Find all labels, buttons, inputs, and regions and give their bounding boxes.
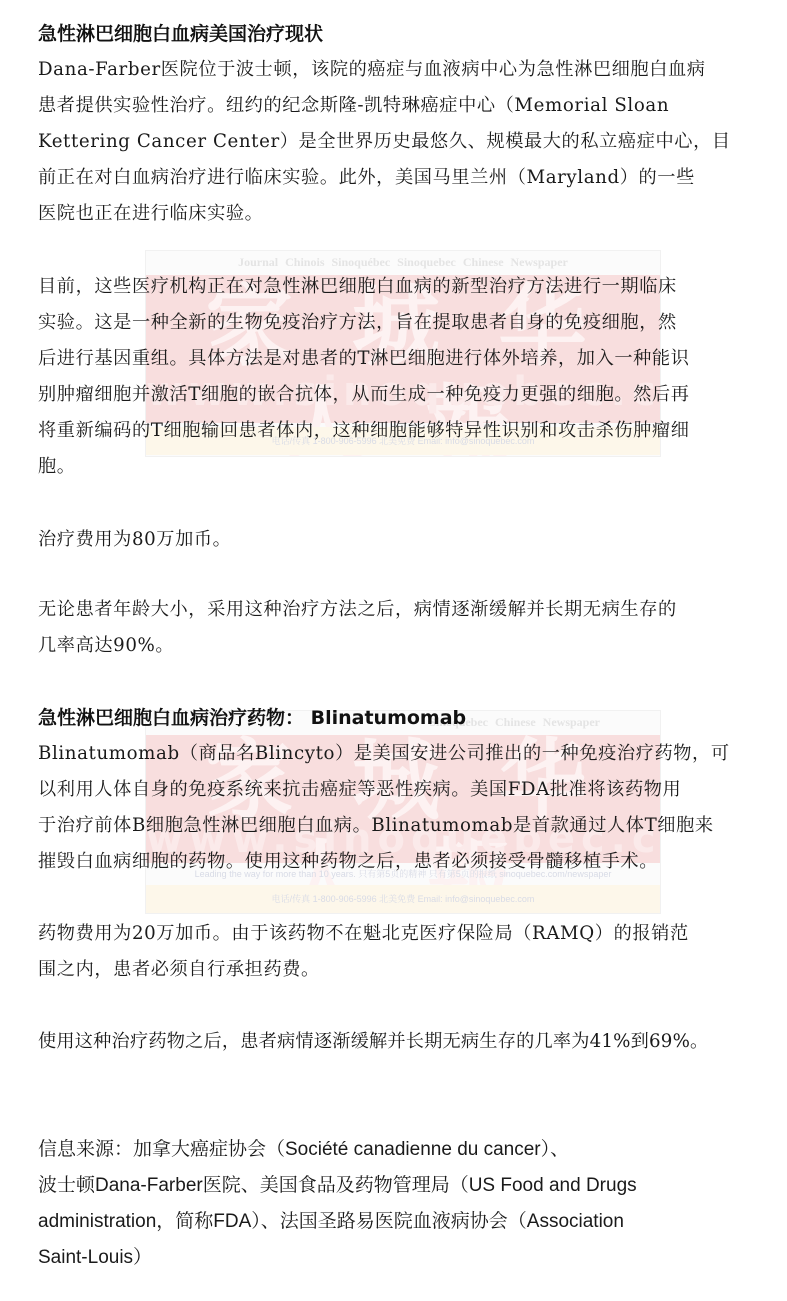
section-2-outcome: 使用这种治疗药物之后，患者病情逐渐缓解并长期无病生存的几率为41%到69%。 — [38, 1024, 768, 1060]
text-line: 几率高达90%。 — [38, 628, 768, 664]
section-1-cost: 治疗费用为80万加币。 — [38, 522, 768, 558]
section-2: 急性淋巴细胞白血病治疗药物： Blinatumomab Blinatumomab… — [38, 700, 768, 880]
text-line: 医院也正在进行临床实验。 — [38, 196, 768, 232]
text-line: Saint-Louis） — [38, 1240, 768, 1276]
text-line: 别肿瘤细胞并激活T细胞的嵌合抗体，从而生成一种免疫力更强的细胞。然后再 — [38, 377, 768, 413]
text-line: 胞。 — [38, 449, 768, 485]
text-line: 将重新编码的T细胞输回患者体内，这种细胞能够特异性识别和攻击杀伤肿瘤细 — [38, 413, 768, 449]
text-line: 信息来源：加拿大癌症协会（Société canadienne du cance… — [38, 1132, 768, 1168]
text-line: 摧毁白血病细胞的药物。使用这种药物之后，患者必须接受骨髓移植手术。 — [38, 844, 768, 880]
section-2-heading: 急性淋巴细胞白血病治疗药物： Blinatumomab — [38, 700, 768, 736]
sources-note: 信息来源：加拿大癌症协会（Société canadienne du cance… — [38, 1132, 768, 1276]
text-line: 实验。这是一种全新的生物免疫治疗方法，旨在提取患者自身的免疫细胞，然 — [38, 305, 768, 341]
text-line: Blinatumomab（商品名Blincyto）是美国安进公司推出的一种免疫治… — [38, 736, 768, 772]
text-line: administration，简称FDA）、法国圣路易医院血液病协会（Assoc… — [38, 1204, 768, 1240]
article-page: Journal Chinois Sinoquébec Sinoquebec Ch… — [0, 0, 787, 1301]
text-line: 波士顿Dana-Farber医院、美国食品及药物管理局（US Food and … — [38, 1168, 768, 1204]
watermark-contact: 电话/传真 1-800-906-5996 北美免费 Email: info@si… — [146, 885, 660, 913]
section-1-heading: 急性淋巴细胞白血病美国治疗现状 — [38, 16, 768, 52]
text-line: 目前，这些医疗机构正在对急性淋巴细胞白血病的新型治疗方法进行一期临床 — [38, 269, 768, 305]
text-line: Kettering Cancer Center）是全世界历史最悠久、规模最大的私… — [38, 124, 768, 160]
section-1: 急性淋巴细胞白血病美国治疗现状 Dana-Farber医院位于波士顿，该院的癌症… — [38, 16, 768, 232]
section-1-outcome: 无论患者年龄大小，采用这种治疗方法之后，病情逐渐缓解并长期无病生存的 几率高达9… — [38, 592, 768, 664]
text-line: 以利用人体自身的免疫系统来抗击癌症等恶性疾病。美国FDA批准将该药物用 — [38, 772, 768, 808]
text-line: 患者提供实验性治疗。纽约的纪念斯隆-凯特琳癌症中心（Memorial Sloan — [38, 88, 768, 124]
text-line: 前正在对白血病治疗进行临床实验。此外，美国马里兰州（Maryland）的一些 — [38, 160, 768, 196]
text-line: 后进行基因重组。具体方法是对患者的T淋巴细胞进行体外培养，加入一种能识 — [38, 341, 768, 377]
text-line: 于治疗前体B细胞急性淋巴细胞白血病。Blinatumomab是首款通过人体T细胞… — [38, 808, 768, 844]
text-line: 使用这种治疗药物之后，患者病情逐渐缓解并长期无病生存的几率为41%到69%。 — [38, 1024, 768, 1060]
text-line: 无论患者年龄大小，采用这种治疗方法之后，病情逐渐缓解并长期无病生存的 — [38, 592, 768, 628]
text-line: Dana-Farber医院位于波士顿，该院的癌症与血液病中心为急性淋巴细胞白血病 — [38, 52, 768, 88]
section-2-paragraph-1: Blinatumomab（商品名Blincyto）是美国安进公司推出的一种免疫治… — [38, 736, 768, 880]
text-line: 药物费用为20万加币。由于该药物不在魁北克医疗保险局（RAMQ）的报销范 — [38, 916, 768, 952]
section-2-cost: 药物费用为20万加币。由于该药物不在魁北克医疗保险局（RAMQ）的报销范 围之内… — [38, 916, 768, 988]
section-1-paragraph-1: Dana-Farber医院位于波士顿，该院的癌症与血液病中心为急性淋巴细胞白血病… — [38, 52, 768, 232]
text-line: 治疗费用为80万加币。 — [38, 522, 768, 558]
section-1-paragraph-2: 目前，这些医疗机构正在对急性淋巴细胞白血病的新型治疗方法进行一期临床 实验。这是… — [38, 269, 768, 485]
text-line: 围之内，患者必须自行承担药费。 — [38, 952, 768, 988]
